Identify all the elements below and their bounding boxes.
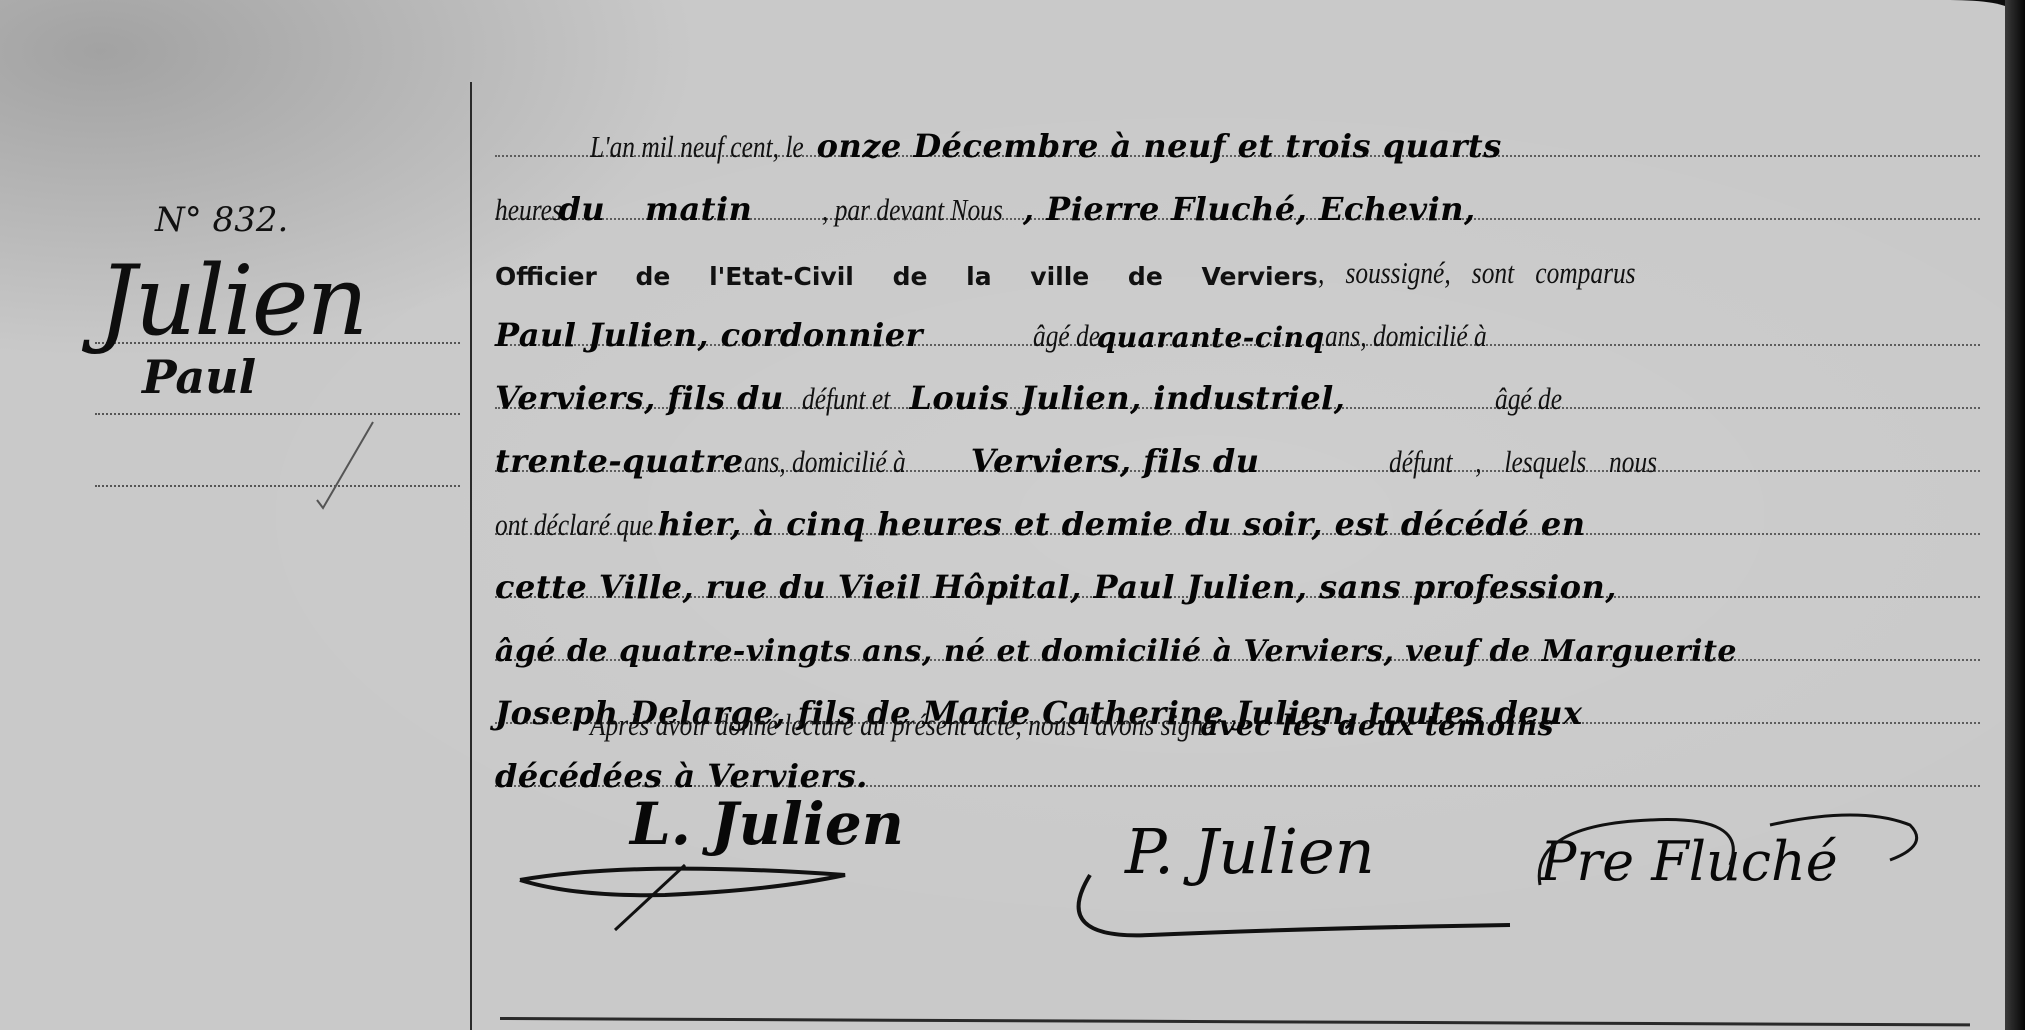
printed-text: ans, domicilié à xyxy=(1325,318,1487,354)
handwritten-place-deceased: cette Ville, rue du Vieil Hôpital, Paul … xyxy=(495,568,1617,606)
printed-closing: Après avoir donné lecture du présent act… xyxy=(590,707,1214,743)
closing-line: Après avoir donné lecture du présent act… xyxy=(590,707,1554,743)
handwritten-age: quarante-cinq xyxy=(1097,321,1325,354)
page-edge-shadow xyxy=(2005,0,2025,1030)
printed-text: heures xyxy=(495,192,562,228)
margin-surname: Julien xyxy=(98,245,366,357)
record-line-5: Verviers, fils du défunt et Louis Julien… xyxy=(495,354,1980,417)
signature-flourish xyxy=(515,855,1015,935)
handwritten-age-birth: âgé de quatre-vingts ans, né et domicili… xyxy=(495,634,1737,669)
handwritten-date: onze Décembre à neuf et trois quarts xyxy=(817,127,1502,165)
handwritten-text: Verviers, fils du xyxy=(495,379,784,417)
handwritten-age: trente-quatre xyxy=(495,442,744,480)
handwritten-declarant: Paul Julien, cordonnier xyxy=(495,316,923,354)
handwritten-declarant-2: Louis Julien, industriel, xyxy=(909,379,1345,417)
record-line-2: heures du matin , par devant Nous , Pier… xyxy=(495,165,1980,228)
entry-number: N° 832. xyxy=(155,200,288,240)
bottom-rule xyxy=(500,1017,1970,1026)
margin-dotted-line xyxy=(95,485,460,487)
check-mark-icon xyxy=(315,420,375,510)
record-line-6: trente-quatre ans, domicilié à Verviers,… xyxy=(495,417,1980,480)
printed-text: , soussigné, sont comparus xyxy=(1318,255,1636,291)
margin-given-name: Paul xyxy=(142,350,256,404)
margin-dotted-line xyxy=(95,413,460,415)
record-body: L'an mil neuf cent, le onze Décembre à n… xyxy=(495,102,1980,795)
signature-l-julien: L. Julien xyxy=(630,790,904,858)
handwritten-text: du xyxy=(559,190,606,228)
printed-text: , par devant Nous xyxy=(822,192,1003,228)
printed-text: défunt , lesquels nous xyxy=(1389,444,1657,480)
record-line-9: âgé de quatre-vingts ans, né et domicili… xyxy=(495,606,1980,669)
signature-underline xyxy=(1060,870,1530,950)
record-line-8: cette Ville, rue du Vieil Hôpital, Paul … xyxy=(495,543,1980,606)
record-line-3: Officier de l'Etat-Civil de la ville de … xyxy=(495,228,1980,291)
printed-text: ont déclaré que xyxy=(495,507,653,543)
handwritten-time: matin xyxy=(645,190,752,228)
signature-loop xyxy=(1530,805,1950,895)
printed-text: L'an mil neuf cent, le xyxy=(590,129,804,165)
printed-text: défunt et xyxy=(802,381,890,417)
record-line-1: L'an mil neuf cent, le onze Décembre à n… xyxy=(495,102,1980,165)
printed-text: âgé de xyxy=(1033,318,1100,354)
handwritten-text: décédées à Verviers. xyxy=(495,757,868,795)
printed-text: ans, domicilié à xyxy=(744,444,906,480)
register-page: N° 832. Julien Paul L'an mil neuf cent, … xyxy=(0,0,2010,1030)
printed-text: âgé de xyxy=(1495,381,1562,417)
record-line-7: ont déclaré que hier, à cinq heures et d… xyxy=(495,480,1980,543)
handwritten-closing: avec les deux témoins xyxy=(1200,709,1554,742)
handwritten-text: Verviers, fils du xyxy=(971,442,1260,480)
record-line-4: Paul Julien, cordonnier âgé de quarante-… xyxy=(495,291,1980,354)
handwritten-officer: , Pierre Fluché, Echevin, xyxy=(1023,190,1476,228)
handwritten-death-time: hier, à cinq heures et demie du soir, es… xyxy=(658,505,1586,543)
margin-rule xyxy=(470,82,472,1030)
printed-officer-title: Officier de l'Etat-Civil de la ville de … xyxy=(495,262,1318,291)
